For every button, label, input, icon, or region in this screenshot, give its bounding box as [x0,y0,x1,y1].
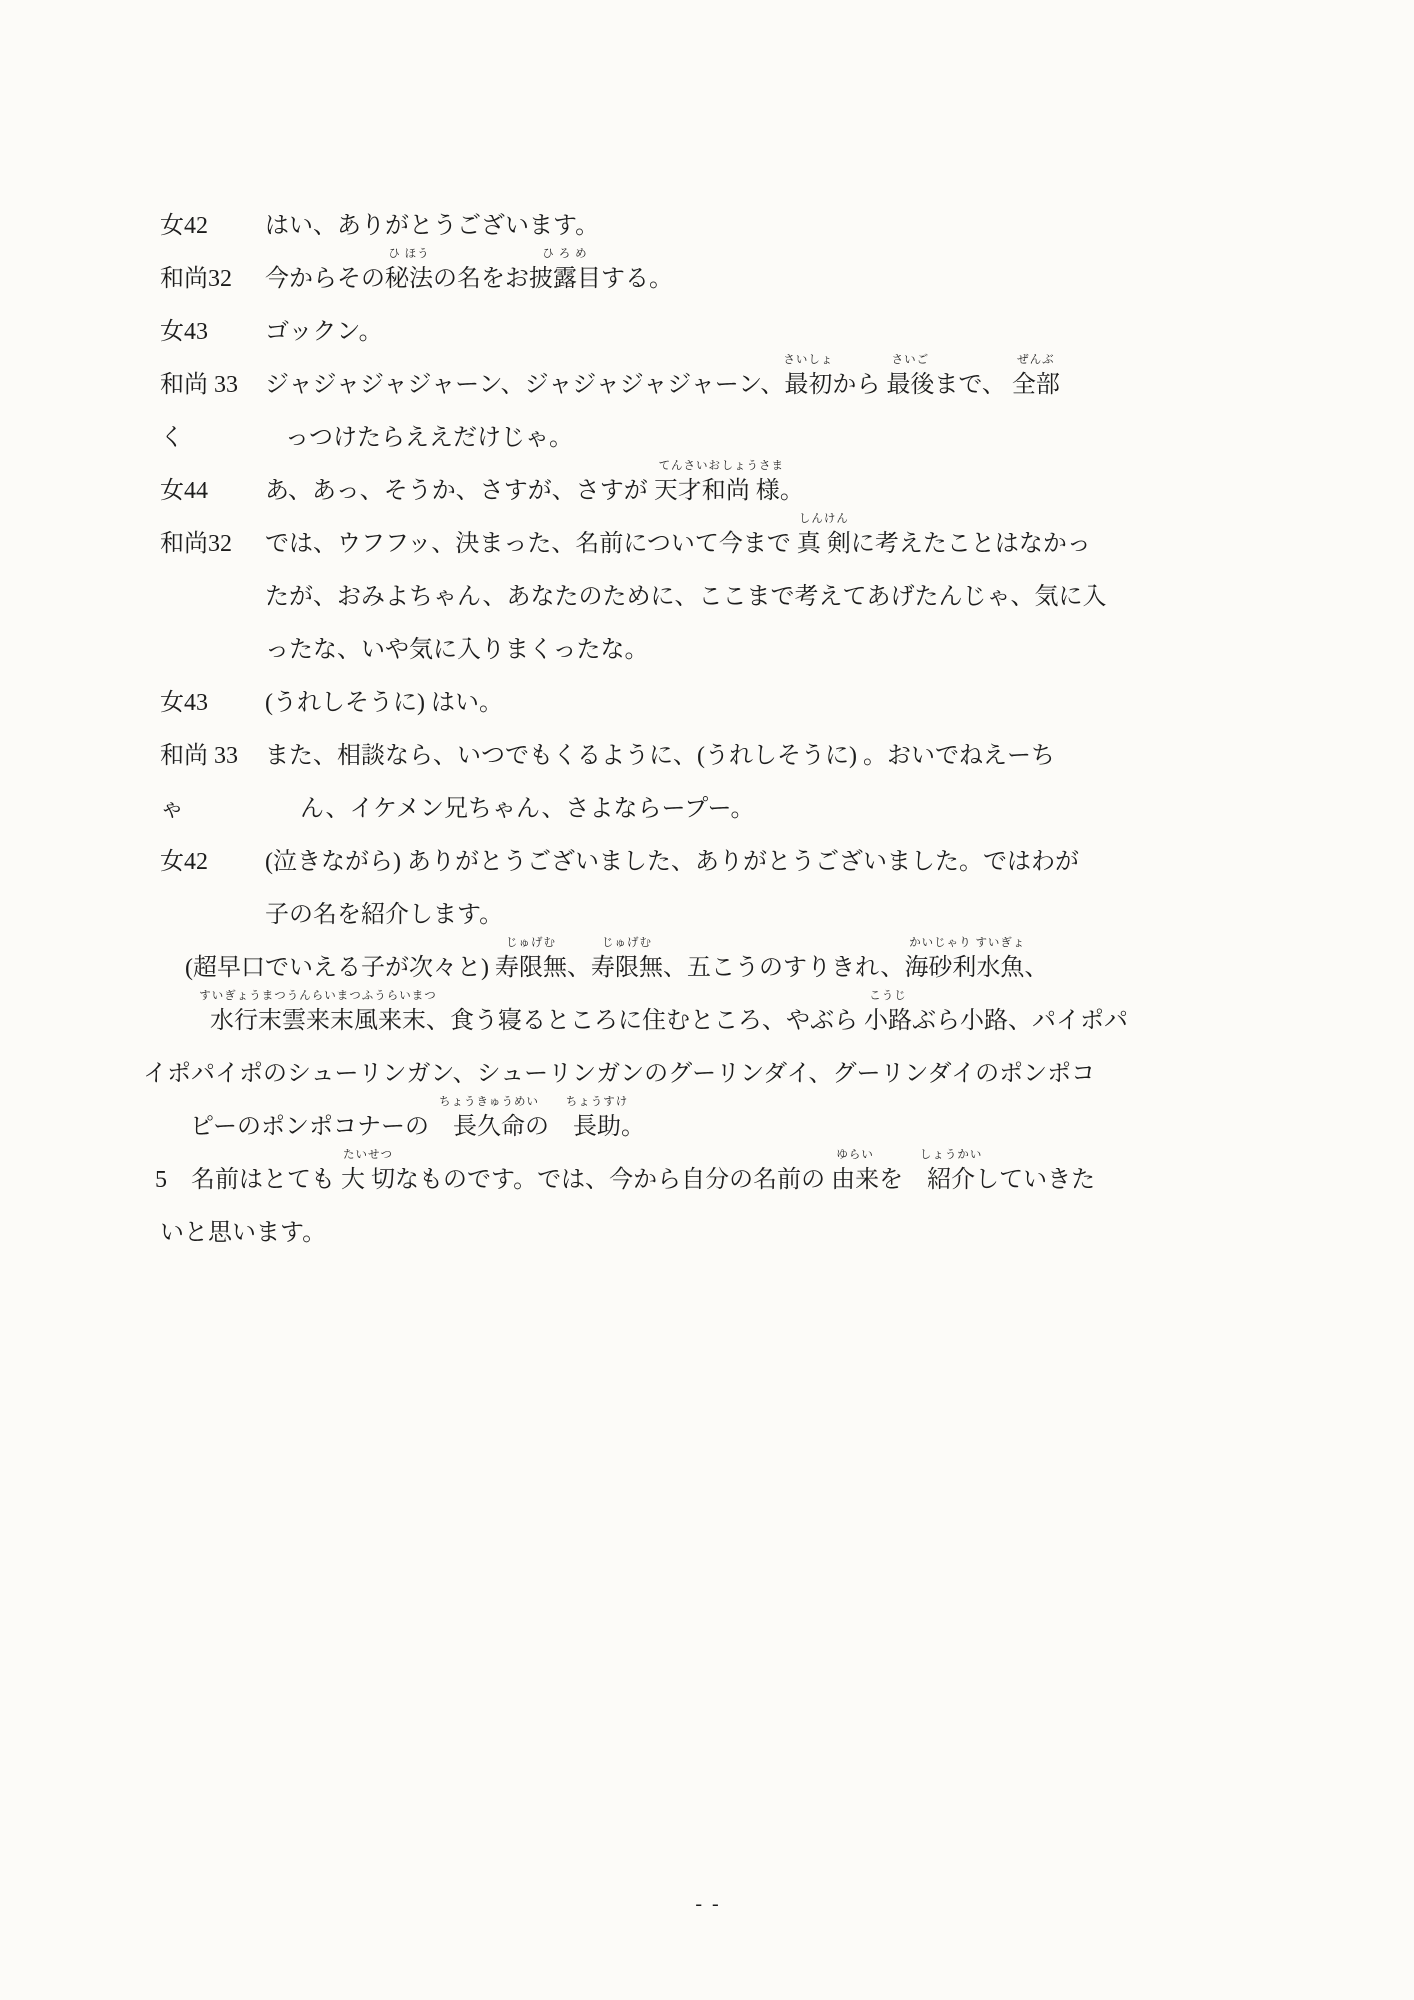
furigana: たいせつ [343,1150,393,1162]
line-text: ジャジャジャジャーン、ジャジャジャジャーン、最初さいしょから 最後さいごまで、 … [265,372,1060,398]
speaker-label: 女42 [160,836,208,889]
text-row: ったな、いや気に入りまくったな。 [0,624,1414,677]
speaker-label: 和尚32 [160,518,232,571]
line-text: ん、イケメン兄ちゃん、さよならープー。 [300,796,755,822]
furigana: すいぎょうまつうんらいまつふうらいまつ [199,991,437,1003]
ruby-base: 長助ちょうすけ [573,1101,621,1154]
furigana: さいご [892,355,930,367]
text-row: ピーのポンポコナーの 長久命ちょうきゅうめいの 長助ちょうすけ。 [0,1101,1414,1154]
text-row: いと思います。 [0,1207,1414,1260]
dialogue-row: 女42(泣きながら) ありがとうございました、ありがとうございました。ではわが [0,836,1414,889]
furigana: すいぎょ [975,938,1025,950]
line-text: ったな、いや気に入りまくったな。 [265,637,649,663]
line-text: 子の名を紹介します。 [265,902,503,928]
speaker-label: 和尚 33 [160,730,238,783]
dialogue-row: 和尚32今からその秘法ひ ほうの名をお披露目ひ ろ めする。 [0,253,1414,306]
ruby-base: 真 剣しんけん [797,518,851,571]
ruby-base: 尚 様しょうさま [726,465,780,518]
line-text: っつけたらええだけじゃ。 [285,425,573,451]
ruby-base: 小路こうじ [864,995,912,1048]
furigana: しんけん [799,514,849,526]
line-text: はい、ありがとうございます。 [265,213,599,239]
document-body: 女42はい、ありがとうございます。和尚32今からその秘法ひ ほうの名をお披露目ひ… [0,200,1414,1260]
furigana: ゆらい [836,1150,874,1162]
ruby-base: 秘法ひ ほう [385,253,433,306]
furigana: ぜんぶ [1017,355,1055,367]
ruby-base: 大 切たいせつ [341,1154,395,1207]
line-text: ピーのポンポコナーの 長久命ちょうきゅうめいの 長助ちょうすけ。 [190,1114,645,1140]
dialogue-row: ゃん、イケメン兄ちゃん、さよならープー。 [0,783,1414,836]
line-text: (うれしそうに) はい。 [265,690,503,716]
line-text: あ、あっ、そうか、さすが、さすが 天才和てんさいお 尚 様しょうさま。 [265,478,804,504]
line-text: 今からその秘法ひ ほうの名をお披露目ひ ろ めする。 [265,266,673,292]
page-footer: - - [0,1893,1414,1916]
line-text: ゴックン。 [265,319,383,345]
speaker-label: 女43 [160,306,208,359]
dialogue-row: 和尚 33ジャジャジャジャーン、ジャジャジャジャーン、最初さいしょから 最後さい… [0,359,1414,412]
ruby-base: 披露目ひ ろ め [529,253,601,306]
ruby-base: 全部ぜんぶ [1012,359,1060,412]
line-text: (超早口でいえる子が次々と) 寿限無じゅげむ、寿限無じゅげむ、五こうのすりきれ、… [185,955,1048,981]
ruby-base: 最初さいしょ [784,359,832,412]
text-row: イポパイポのシューリンガン、シューリンガンのグーリンダイ、グーリンダイのポンポコ [0,1048,1414,1101]
line-text: また、相談なら、いつでもくるように、(うれしそうに) 。おいでねえーち [265,743,1055,769]
furigana: しょうかい [920,1150,983,1162]
furigana: ひ ろ め [542,249,587,261]
dialogue-row: 和尚32では、ウフフッ、決まった、名前について今まで 真 剣しんけんに考えたこと… [0,518,1414,571]
dialogue-row: 女43ゴックン。 [0,306,1414,359]
speaker-label: 和尚 33 [160,359,238,412]
ruby-base: 水行末雲来末風来末すいぎょうまつうんらいまつふうらいまつ [210,995,426,1048]
line-text: (泣きながら) ありがとうございました、ありがとうございました。ではわが [265,849,1079,875]
dialogue-row: 女42はい、ありがとうございます。 [0,200,1414,253]
document-page: 女42はい、ありがとうございます。和尚32今からその秘法ひ ほうの名をお披露目ひ… [0,0,1414,2000]
furigana: ひ ほう [388,249,429,261]
line-text: 5 名前はとても 大 切たいせつなものです。では、今から自分の名前の 由来ゆらい… [155,1167,1095,1193]
line-text: たが、おみよちゃん、あなたのために、ここまで考えてあげたんじゃ、気に入 [265,584,1106,610]
line-text: 水行末雲来末風来末すいぎょうまつうんらいまつふうらいまつ、食う寝るところに住むと… [210,1008,1128,1034]
furigana: じゅげむ [602,938,652,950]
speaker-label: 女44 [160,465,208,518]
text-row: たが、おみよちゃん、あなたのために、ここまで考えてあげたんじゃ、気に入 [0,571,1414,624]
line-text: では、ウフフッ、決まった、名前について今まで 真 剣しんけんに考えたことはなかっ [265,531,1091,557]
ruby-base: 寿限無じゅげむ [591,942,663,995]
ruby-base: 紹介しょうかい [927,1154,975,1207]
furigana: じゅげむ [506,938,556,950]
furigana: こうじ [869,991,907,1003]
ruby-base: 天才和てんさいお [654,465,726,518]
ruby-base: 最後さいご [886,359,934,412]
dialogue-row: 女44あ、あっ、そうか、さすが、さすが 天才和てんさいお 尚 様しょうさま。 [0,465,1414,518]
line-text: イポパイポのシューリンガン、シューリンガンのグーリンダイ、グーリンダイのポンポコ [143,1061,1095,1087]
line-text: いと思います。 [160,1220,326,1246]
ruby-base: 水魚すいぎょ [976,942,1024,995]
speaker-label: 和尚32 [160,253,232,306]
text-row: 5 名前はとても 大 切たいせつなものです。では、今から自分の名前の 由来ゆらい… [0,1154,1414,1207]
ruby-base: 長久命ちょうきゅうめい [453,1101,525,1154]
dialogue-row: くっつけたらええだけじゃ。 [0,412,1414,465]
furigana: さいしょ [783,355,833,367]
furigana: しょうさま [722,461,785,473]
furigana: ちょうすけ [566,1097,629,1109]
text-row: 水行末雲来末風来末すいぎょうまつうんらいまつふうらいまつ、食う寝るところに住むと… [0,995,1414,1048]
ruby-base: 海砂利かいじゃり [904,942,976,995]
speaker-label: 女42 [160,200,208,253]
dialogue-row: 和尚 33また、相談なら、いつでもくるように、(うれしそうに) 。おいでねえーち [0,730,1414,783]
text-row: (超早口でいえる子が次々と) 寿限無じゅげむ、寿限無じゅげむ、五こうのすりきれ、… [0,942,1414,995]
speaker-label: 女43 [160,677,208,730]
furigana: かいじゃり [909,938,972,950]
text-row: 子の名を紹介します。 [0,889,1414,942]
furigana: ちょうきゅうめい [439,1097,539,1109]
ruby-base: 由来ゆらい [831,1154,879,1207]
dialogue-row: 女43(うれしそうに) はい。 [0,677,1414,730]
speaker-label: く [160,412,184,465]
ruby-base: 寿限無じゅげむ [495,942,567,995]
speaker-label: ゃ [160,783,184,836]
furigana: てんさいお [659,461,722,473]
